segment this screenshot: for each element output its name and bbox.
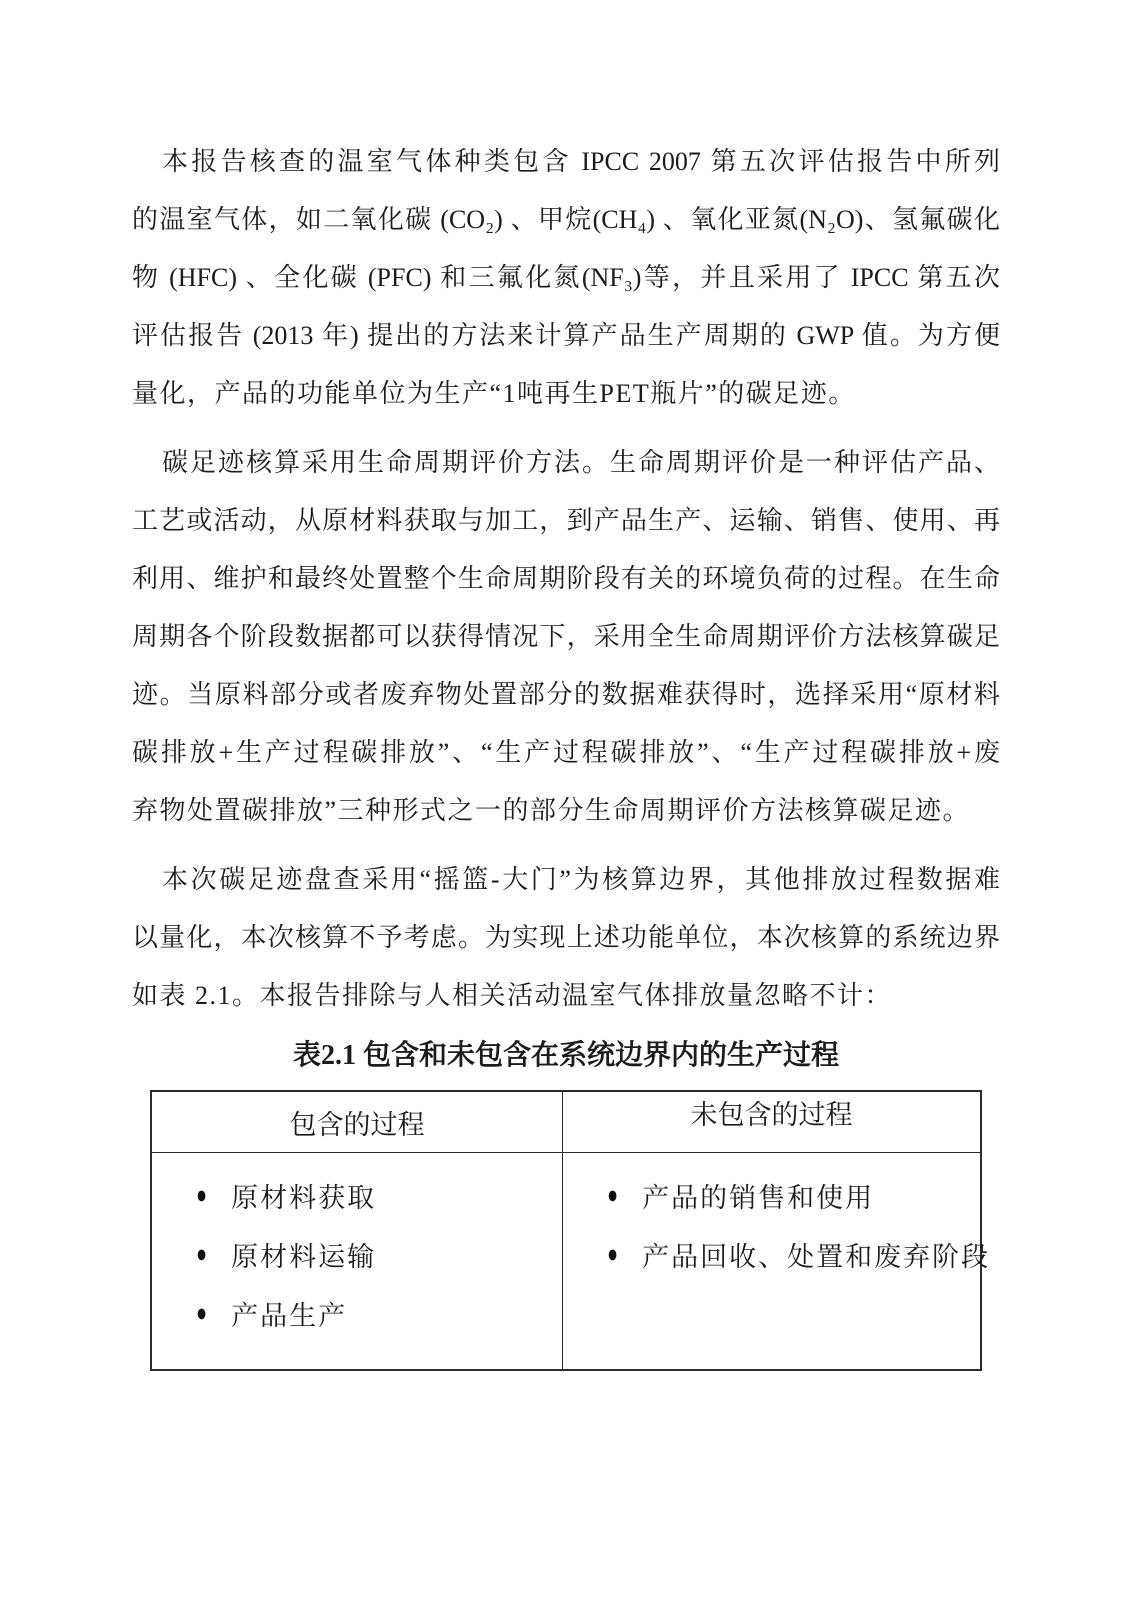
bullet-icon: ● xyxy=(607,1182,618,1210)
text-line: 碳排放+生产过程碳排放”、“生产过程碳排放”、“生产过程碳排放+废 xyxy=(132,724,1000,782)
included-item-label: 原材料运输 xyxy=(231,1235,376,1274)
text-line: 以量化，本次核算不予考虑。为实现上述功能单位，本次核算的系统边界 xyxy=(132,909,1000,967)
included-item-label: 原材料获取 xyxy=(231,1176,376,1215)
list-item: ● 原材料运输 xyxy=(152,1225,562,1284)
text-line: 碳足迹核算采用生命周期评价方法。生命周期评价是一种评估产品、 xyxy=(132,434,1000,492)
bullet-icon: ● xyxy=(607,1241,618,1269)
text-line: 利用、维护和最终处置整个生命周期阶段有关的环境负荷的过程。在生命 xyxy=(132,550,1000,608)
text-line: 如表 2.1。本报告排除与人相关活动温室气体排放量忽略不计： xyxy=(132,967,1000,1025)
paragraph-ghg-scope: 本报告核查的温室气体种类包含 IPCC 2007 第五次评估报告中所列 的温室气… xyxy=(132,133,1000,423)
list-item: ● 产品回收、处置和废弃阶段 xyxy=(563,1225,980,1284)
bullet-icon: ● xyxy=(196,1241,207,1269)
excluded-processes-cell: ● 产品的销售和使用 ● 产品回收、处置和废弃阶段 xyxy=(563,1153,982,1371)
text-line: 弃物处置碳排放”三种形式之一的部分生命周期评价方法核算碳足迹。 xyxy=(132,782,1000,840)
text-line: 的温室气体，如二氧化碳 (CO₂) 、甲烷(CH₄) 、氧化亚氮(N₂O)、氢氟… xyxy=(132,191,1000,249)
excluded-item-label: 产品回收、处置和废弃阶段 xyxy=(642,1235,990,1274)
header-excluded-label: 未包含的过程 xyxy=(691,1093,853,1132)
list-item: ● 原材料获取 xyxy=(152,1166,562,1225)
system-boundary-table: 包含的过程 未包含的过程 ● 原材料获取 ● 原材料运输 xyxy=(150,1090,982,1371)
excluded-item-label: 产品的销售和使用 xyxy=(642,1176,874,1215)
included-processes-cell: ● 原材料获取 ● 原材料运输 ● 产品生产 xyxy=(151,1153,563,1371)
text-line: 周期各个阶段数据都可以获得情况下，采用全生命周期评价方法核算碳足 xyxy=(132,608,1000,666)
table-caption: 表2.1 包含和未包含在系统边界内的生产过程 xyxy=(132,1035,1000,1077)
included-item-label: 产品生产 xyxy=(231,1294,347,1333)
text-line: 评估报告 (2013 年) 提出的方法来计算产品生产周期的 GWP 值。为方便 xyxy=(132,307,1000,365)
text-line: 量化，产品的功能单位为生产“1吨再生PET瓶片”的碳足迹。 xyxy=(132,365,1000,423)
table-header-row: 包含的过程 未包含的过程 xyxy=(151,1091,981,1153)
text-line: 本报告核查的温室气体种类包含 IPCC 2007 第五次评估报告中所列 xyxy=(132,133,1000,191)
list-item: ● 产品生产 xyxy=(152,1284,562,1343)
paragraph-lca-method: 碳足迹核算采用生命周期评价方法。生命周期评价是一种评估产品、 工艺或活动，从原材… xyxy=(132,434,1000,840)
paragraph-boundary: 本次碳足迹盘查采用“摇篮-大门”为核算边界，其他排放过程数据难 以量化，本次核算… xyxy=(132,851,1000,1025)
header-included-label: 包含的过程 xyxy=(290,1110,425,1140)
table-body-row: ● 原材料获取 ● 原材料运输 ● 产品生产 ● 产品的销售和使 xyxy=(151,1153,981,1371)
report-page: { "document": { "colors": { "background"… xyxy=(0,0,1131,1600)
text-line: 工艺或活动，从原材料获取与加工，到产品生产、运输、销售、使用、再 xyxy=(132,492,1000,550)
text-line: 迹。当原料部分或者废弃物处置部分的数据难获得时，选择采用“原材料 xyxy=(132,666,1000,724)
list-item: ● 产品的销售和使用 xyxy=(563,1166,980,1225)
bullet-icon: ● xyxy=(196,1300,207,1328)
text-line: 本次碳足迹盘查采用“摇篮-大门”为核算边界，其他排放过程数据难 xyxy=(132,851,1000,909)
header-included-processes: 包含的过程 xyxy=(151,1091,563,1153)
header-excluded-processes: 未包含的过程 xyxy=(563,1091,982,1153)
bullet-icon: ● xyxy=(196,1182,207,1210)
page-content: 本报告核查的温室气体种类包含 IPCC 2007 第五次评估报告中所列 的温室气… xyxy=(132,133,1000,1371)
text-line: 物 (HFC) 、全化碳 (PFC) 和三氟化氮(NF₃)等，并且采用了 IPC… xyxy=(132,249,1000,307)
